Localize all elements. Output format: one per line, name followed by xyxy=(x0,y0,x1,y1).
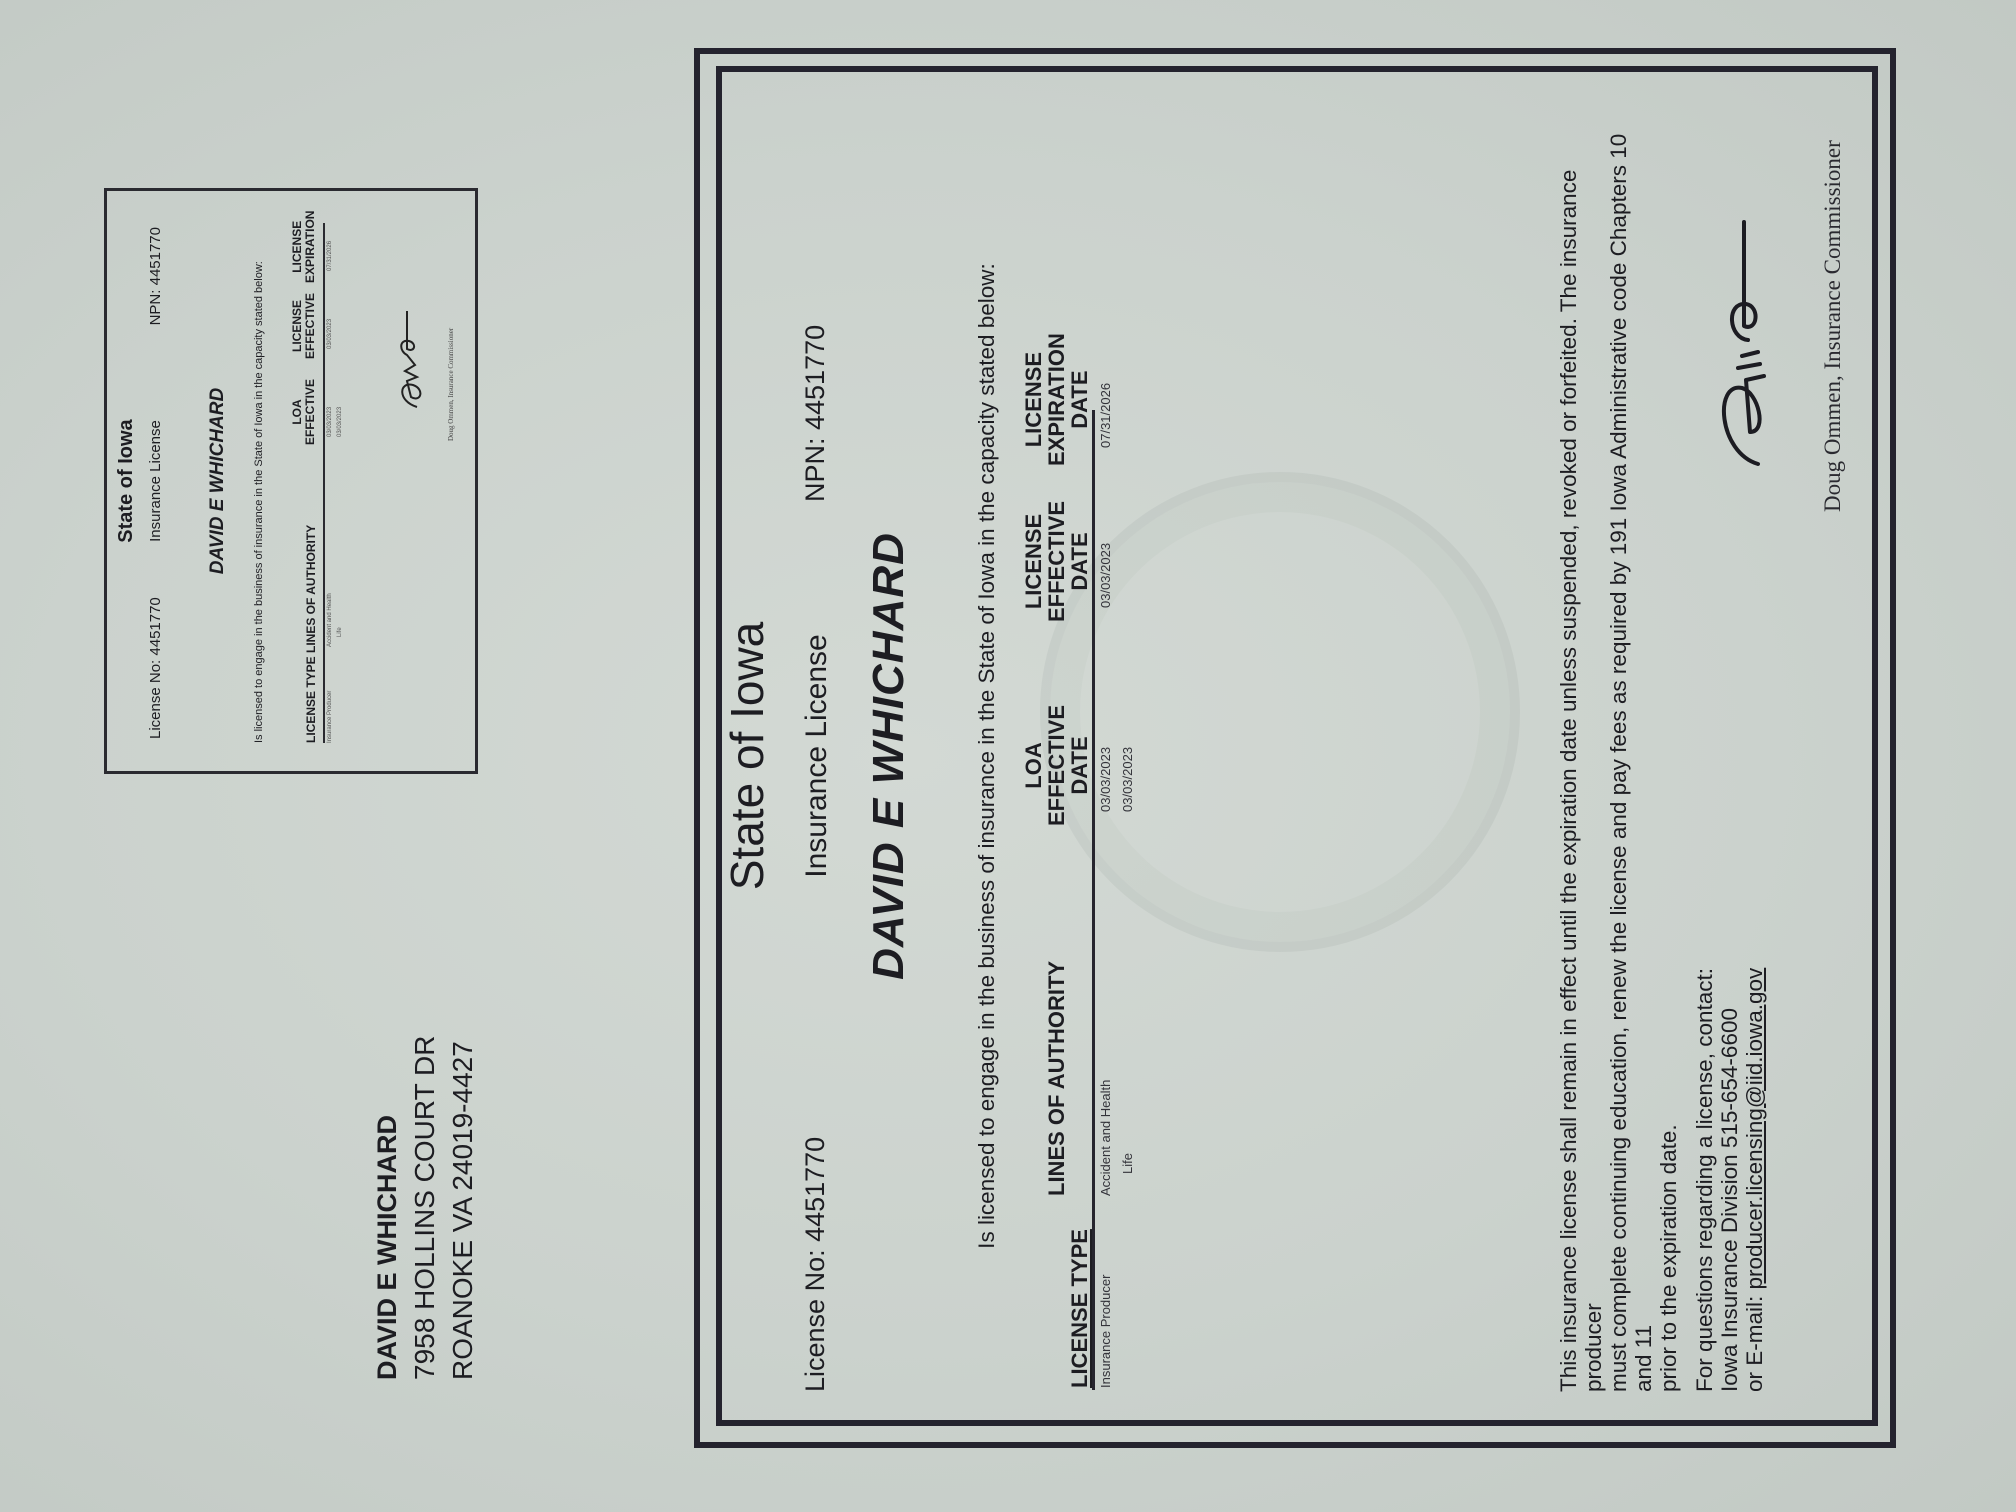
email-prefix: or E-mail: xyxy=(1742,1289,1767,1392)
wallet-table-rule xyxy=(323,223,325,743)
address-name: DAVID E WHICHARD xyxy=(368,1036,406,1380)
wallet-header-license-type: LICENSE TYPE xyxy=(305,656,318,743)
table-cell: Insurance Producer xyxy=(1098,1275,1113,1388)
wallet-card: State of Iowa License No: 4451770 Insura… xyxy=(104,188,478,774)
table-cell: 07/31/2026 xyxy=(1098,383,1113,448)
wallet-cell: Accident and Health xyxy=(327,593,333,647)
header-license-expiration-date: LICENSE EXPIRATION DATE xyxy=(1022,333,1091,466)
license-notice: This insurance license shall remain in e… xyxy=(1556,92,1681,1392)
wallet-cell: 03/03/2023 xyxy=(327,319,333,349)
certificate-state-title: State of Iowa xyxy=(720,0,774,1512)
contact-email-line: or E-mail: producer.licensing@iid.iowa.g… xyxy=(1742,968,1767,1392)
table-cell: 03/03/2023 xyxy=(1098,543,1113,608)
header-license-effective-date: LICENSE EFFECTIVE DATE xyxy=(1022,501,1091,622)
header-loa-effective-date: LOA EFFECTIVE DATE xyxy=(1022,705,1091,826)
certificate-licensee-name: DAVID E WHICHARD xyxy=(864,0,914,1512)
contact-email-link[interactable]: producer.licensing@iid.iowa.gov xyxy=(1742,968,1767,1290)
notice-line: prior to the expiration date. xyxy=(1656,92,1681,1392)
scanned-license-document: DAVID E WHICHARD 7958 HOLLINS COURT DR R… xyxy=(0,0,2016,1512)
certificate-table-rule xyxy=(1092,410,1095,1390)
certificate-statement: Is licensed to engage in the business of… xyxy=(974,0,1000,1512)
wallet-header-license-effective: LICENSE EFFECTIVE xyxy=(291,293,317,359)
wallet-statement: Is licensed to engage in the business of… xyxy=(253,261,265,743)
wallet-state-title: State of Iowa xyxy=(115,191,138,771)
wallet-licensee-name: DAVID E WHICHARD xyxy=(207,191,229,771)
certificate-subtitle: Insurance License xyxy=(800,0,834,1512)
wallet-cell: 03/03/2023 xyxy=(337,407,343,437)
wallet-header-license-expiration: LICENSE EXPIRATION xyxy=(291,211,317,283)
header-license-type: LICENSE TYPE xyxy=(1068,1229,1091,1388)
wallet-npn: NPN: 4451770 xyxy=(147,227,164,325)
table-cell: 03/03/2023 xyxy=(1120,747,1135,812)
contact-line: For questions regarding a license, conta… xyxy=(1692,968,1717,1392)
table-cell: Life xyxy=(1120,1153,1135,1174)
commissioner-signature-caption: Doug Ommen, Insurance Commissioner xyxy=(1820,140,1846,512)
notice-line: This insurance license shall remain in e… xyxy=(1556,92,1606,1392)
contact-info: For questions regarding a license, conta… xyxy=(1692,968,1767,1392)
wallet-header-loa-effective: LOA EFFECTIVE xyxy=(291,379,317,445)
wallet-cell: Life xyxy=(337,627,343,637)
header-lines-of-authority: LINES OF AUTHORITY xyxy=(1045,961,1068,1196)
wallet-cell: Insurance Producer xyxy=(327,691,333,743)
wallet-signature-caption: Doug Ommen, Insurance Commissioner xyxy=(447,328,455,441)
wallet-cell: 07/31/2026 xyxy=(327,241,333,271)
contact-phone: Iowa Insurance Division 515-654-6600 xyxy=(1717,968,1742,1392)
address-street: 7958 HOLLINS COURT DR xyxy=(406,1036,444,1380)
mailing-address: DAVID E WHICHARD 7958 HOLLINS COURT DR R… xyxy=(368,1036,482,1380)
certificate-npn: NPN: 4451770 xyxy=(800,325,831,502)
address-city-state-zip: ROANOKE VA 24019-4427 xyxy=(444,1036,482,1380)
table-cell: Accident and Health xyxy=(1098,1080,1113,1196)
commissioner-signature-icon xyxy=(1698,212,1808,472)
wallet-cell: 03/03/2023 xyxy=(327,407,333,437)
wallet-signature-icon xyxy=(377,301,437,411)
wallet-header-lines-of-authority: LINES OF AUTHORITY xyxy=(305,525,318,653)
notice-line: must complete continuing education, rene… xyxy=(1606,92,1656,1392)
table-cell: 03/03/2023 xyxy=(1098,747,1113,812)
